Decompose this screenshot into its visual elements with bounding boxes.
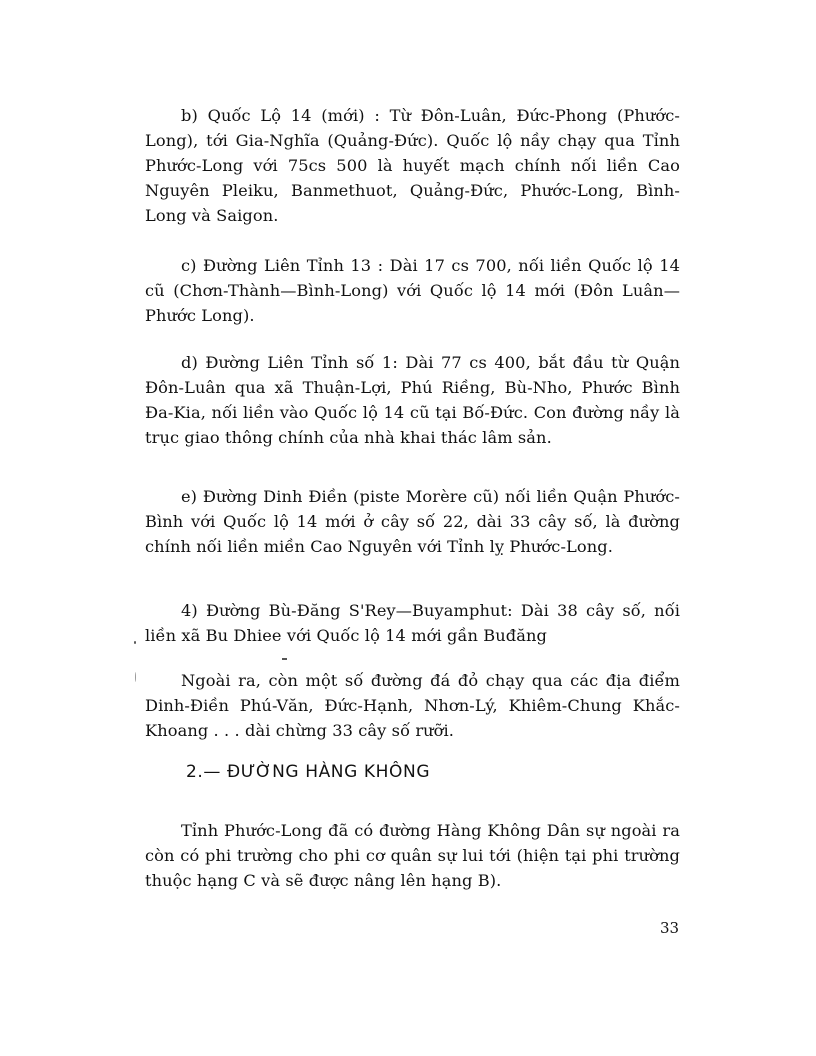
document-page: b) Quốc Lộ 14 (mới) : Từ Đôn-Luân, Đức-P…	[0, 0, 816, 1056]
paragraph-lien-tinh-13: c) Đường Liên Tỉnh 13 : Dài 17 cs 700, n…	[145, 253, 680, 328]
page-number: 33	[660, 919, 679, 937]
scan-speck	[135, 672, 136, 682]
paragraph-quoc-lo-14-moi: b) Quốc Lộ 14 (mới) : Từ Đôn-Luân, Đức-P…	[145, 103, 680, 228]
paragraph-text: 4) Đường Bù-Đăng S'Rey—Buyamphut: Dài 38…	[145, 601, 680, 645]
paragraph-ngoai-ra: Ngoài ra, còn một số đường đá đỏ chạy qu…	[145, 668, 680, 743]
paragraph-text: e) Đường Dinh Điền (piste Morère cũ) nối…	[145, 487, 680, 556]
paragraph-text: b) Quốc Lộ 14 (mới) : Từ Đôn-Luân, Đức-P…	[145, 106, 680, 225]
paragraph-hang-khong: Tỉnh Phước-Long đã có đường Hàng Không D…	[145, 818, 680, 893]
paragraph-text: d) Đường Liên Tỉnh số 1: Dài 77 cs 400, …	[145, 353, 680, 447]
paragraph-text: c) Đường Liên Tỉnh 13 : Dài 17 cs 700, n…	[145, 256, 680, 325]
paragraph-bu-dang: 4) Đường Bù-Đăng S'Rey—Buyamphut: Dài 38…	[145, 598, 680, 648]
paragraph-text: Tỉnh Phước-Long đã có đường Hàng Không D…	[145, 821, 680, 890]
paragraph-text: Ngoài ra, còn một số đường đá đỏ chạy qu…	[145, 671, 680, 740]
paragraph-lien-tinh-so-1: d) Đường Liên Tỉnh số 1: Dài 77 cs 400, …	[145, 350, 680, 450]
section-heading: 2.— ĐƯỜNG HÀNG KHÔNG	[186, 762, 430, 782]
paragraph-dinh-dien: e) Đường Dinh Điền (piste Morère cũ) nối…	[145, 484, 680, 559]
scan-speck	[282, 658, 287, 660]
scan-speck	[134, 641, 136, 644]
